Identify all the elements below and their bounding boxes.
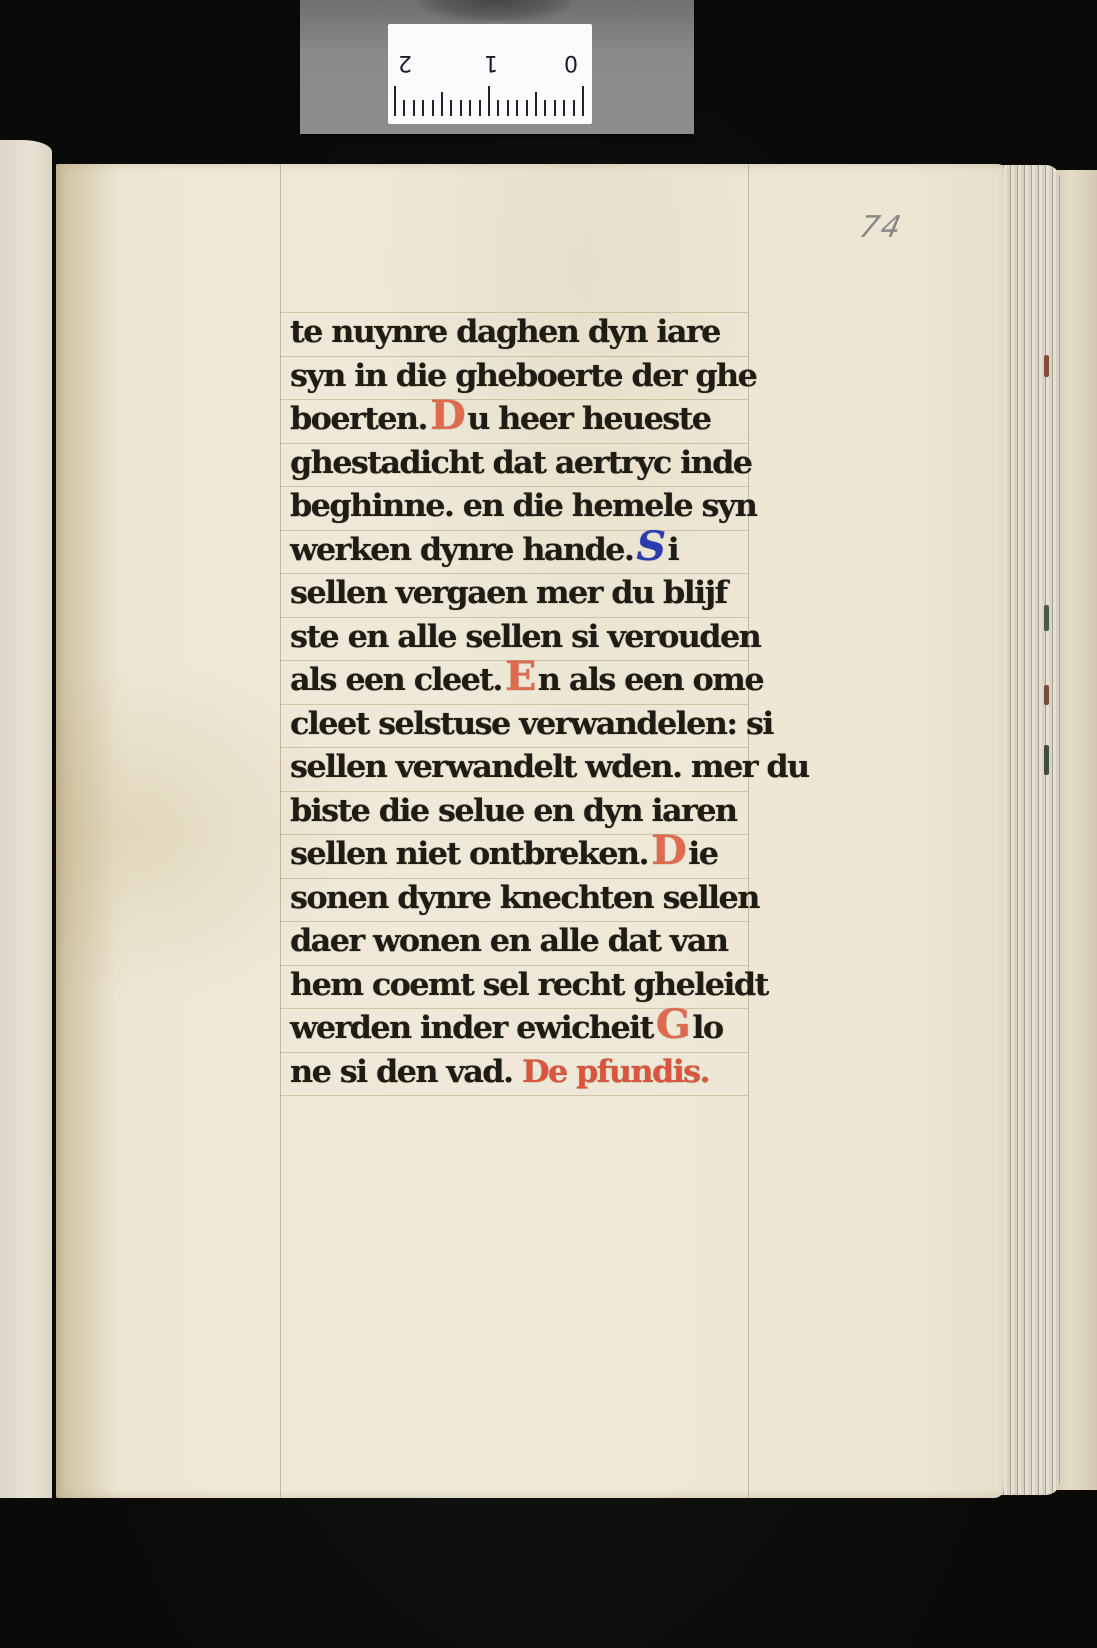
ruler-tick (563, 100, 565, 116)
text-line: werken dynre hande.Si (290, 530, 826, 574)
ruler-tick (535, 92, 537, 116)
ruler-tick (554, 100, 556, 116)
text-line: te nuynre daghen dyn iare (290, 312, 826, 356)
edge-marking (1044, 685, 1049, 705)
text-line: ghestadicht dat aertryc inde (290, 443, 826, 487)
ruler-tick (394, 86, 396, 116)
text-line: sonen dynre knechten sellen (290, 878, 826, 922)
ruler-tick (403, 100, 405, 116)
red-initial: D (428, 399, 466, 433)
ruler-tick (497, 100, 499, 116)
ruler-tick (526, 100, 528, 116)
text-line: boerten.Du heer heueste (290, 399, 826, 443)
ruler-tick (573, 100, 575, 116)
text-line: als een cleet.En als een ome (290, 660, 826, 704)
text-line: ste en alle sellen si verouden (290, 617, 826, 661)
ruler-ticks (396, 84, 584, 120)
text-line: biste die selue en dyn iaren (290, 791, 826, 835)
ruler-tick (516, 100, 518, 116)
text-line: beghinne. en die hemele syn (290, 486, 826, 530)
edge-marking (1044, 605, 1049, 631)
rubric-incipit: De pfundis. (522, 1054, 709, 1090)
blue-initial: S (634, 530, 666, 564)
text-line: werden inder ewicheitGlo (290, 1008, 826, 1052)
text-line: sellen verwandelt wden. mer du (290, 747, 826, 791)
color-chart-shadow (420, 0, 570, 22)
ruler-tick (413, 100, 415, 116)
text-line: cleet selstuse verwandelen: si (290, 704, 826, 748)
ruler-tick (544, 100, 546, 116)
ruler-tick (422, 100, 424, 116)
ruler-tick (469, 100, 471, 116)
ruler-label-1: 1 (484, 50, 498, 75)
ruler-tick (450, 100, 452, 116)
ruler-tick (460, 100, 462, 116)
ruler-label-0: 0 (564, 50, 578, 75)
text-block: te nuynre daghen dyn iare syn in die ghe… (290, 312, 810, 1095)
left-facing-page (0, 140, 52, 1498)
ruler-tick (479, 100, 481, 116)
text-line: sellen vergaen mer du blijf (290, 573, 826, 617)
page-stack-edge (1000, 165, 1060, 1495)
ruler-tick (432, 100, 434, 116)
ruler-tick (507, 100, 509, 116)
ruler-tick (441, 92, 443, 116)
text-line: hem coemt sel recht gheleidt (290, 965, 826, 1009)
text-line: ne si den vad. De pfundis. (290, 1052, 826, 1096)
gutter-stain (56, 164, 116, 1498)
ruler-label-2: 2 (398, 50, 412, 75)
measurement-ruler: 0 1 2 (388, 24, 592, 124)
text-line: sellen niet ontbreken.Die (290, 834, 826, 878)
text-line: syn in die gheboerte der ghe (290, 356, 826, 400)
red-initial: G (654, 1008, 692, 1042)
red-initial: D (649, 834, 687, 868)
text-line: daer wonen en alle dat van (290, 921, 826, 965)
edge-marking (1044, 745, 1049, 775)
ruler-tick (488, 86, 490, 116)
folio-number: 74 (856, 210, 906, 245)
edge-marking (1044, 355, 1049, 377)
ruling-line-horizontal (280, 1095, 748, 1096)
ruler-tick (582, 86, 584, 116)
red-initial: E (503, 660, 537, 694)
ruling-line-left (280, 164, 281, 1498)
